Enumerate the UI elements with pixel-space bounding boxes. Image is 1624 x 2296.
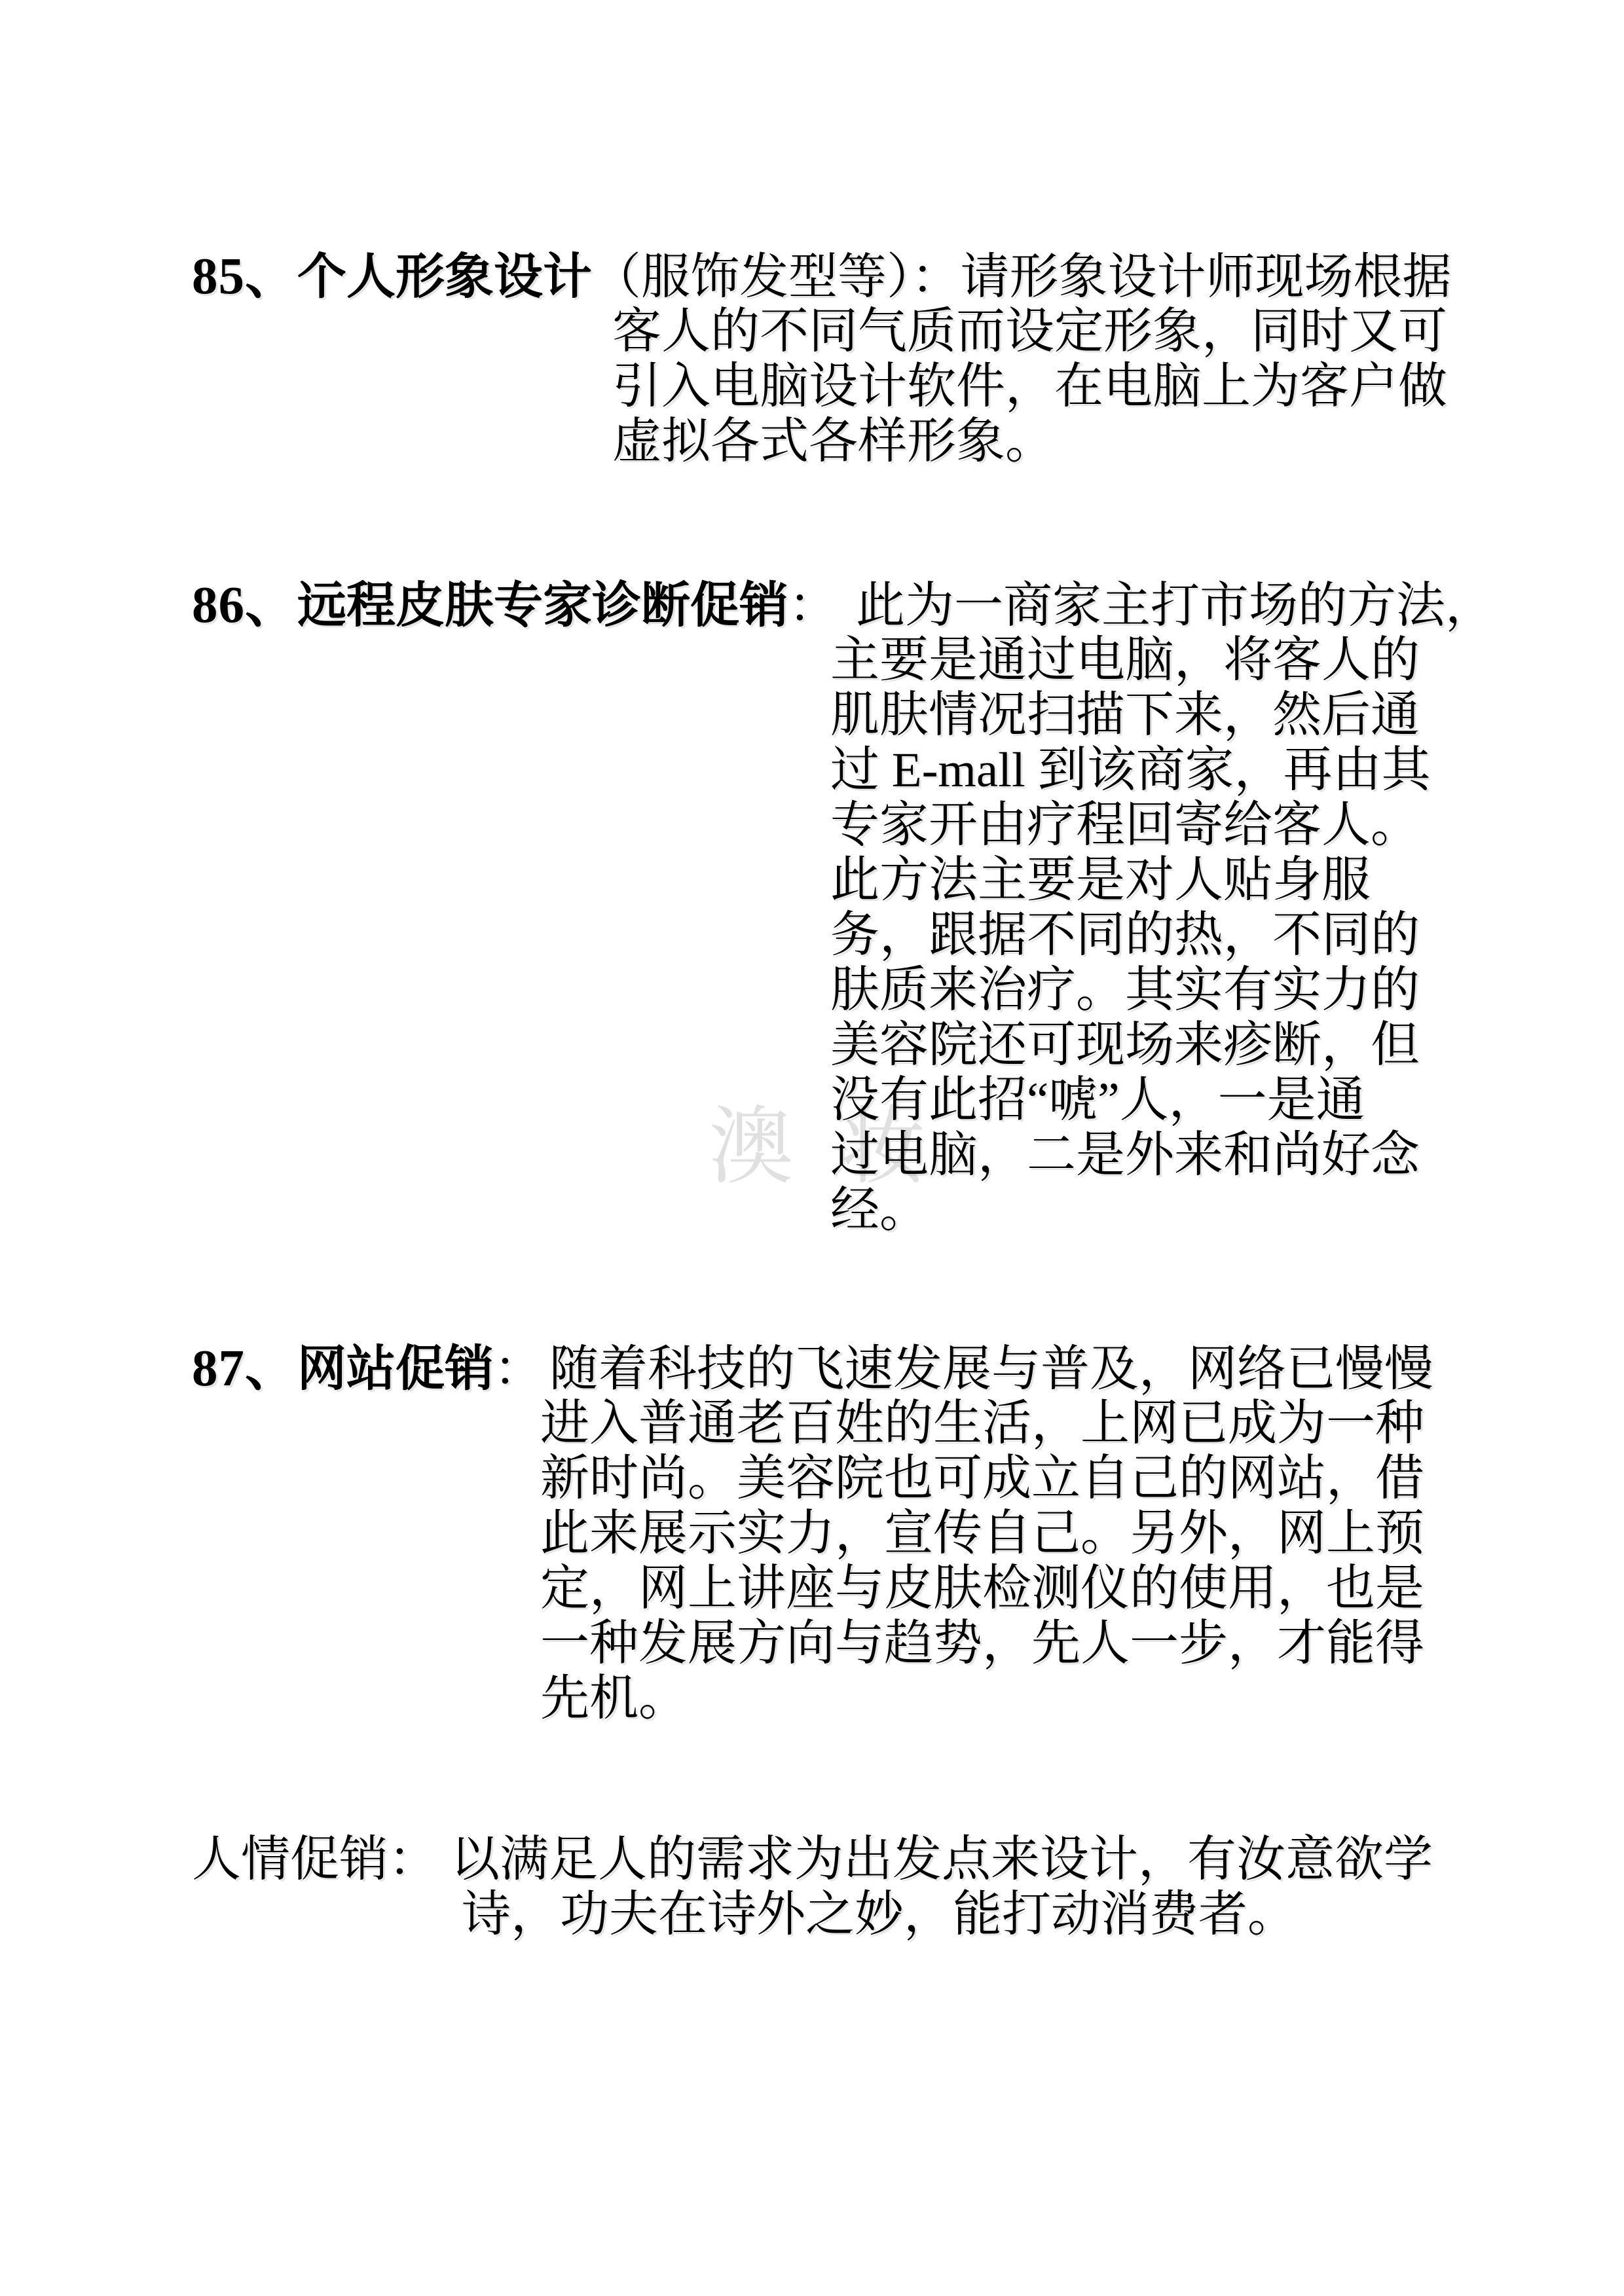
item-86-body-line: 肌肤情况扫描下来，然后通 [830, 688, 1431, 743]
item-86-colon: ： [788, 579, 838, 633]
item-86-body-line: 没有此招“唬”人，一是通 [830, 1073, 1431, 1128]
item-86-body-line: 此方法主要是对人贴身服 [830, 853, 1431, 908]
item-85-heading-line: 85、个人形象设计（服饰发型等）：请形象设计师现场根据 [192, 249, 1452, 305]
item-87-body-line: 进入普通老百姓的生活，上网已成为一种 [540, 1396, 1424, 1451]
item-85-title: 个人形象设计 [297, 250, 592, 304]
item-85-body-line: 引入电脑设计软件，在电脑上为客户做 [612, 359, 1447, 414]
item-86-body-line: 美容院还可现场来疹断，但 [830, 1018, 1431, 1073]
item-87-body-line: 先机。 [540, 1671, 1424, 1726]
item-87-body-line: 新时尚。美容院也可成立自己的网站，借 [540, 1451, 1424, 1506]
item-85-body-line: 客人的不同气质而设定形象，同时又可 [612, 304, 1447, 359]
item-86-title: 远程皮肤专家诊断促销 [297, 579, 788, 633]
item-87-body: 进入普通老百姓的生活，上网已成为一种 新时尚。美容院也可成立自己的网站，借 此来… [540, 1396, 1424, 1726]
document-page: 澳妆 85、个人形象设计（服饰发型等）：请形象设计师现场根据 客人的不同气质而设… [0, 0, 1624, 2296]
item-86-body-line: 务，跟据不同的热，不同的 [830, 908, 1431, 963]
closing-label: 人情促销： [192, 1832, 437, 1887]
item-87-title: 网站促销 [297, 1342, 494, 1396]
item-85-number: 85、 [192, 248, 297, 305]
item-85-body: 客人的不同气质而设定形象，同时又可 引入电脑设计软件，在电脑上为客户做 虚拟各式… [612, 304, 1447, 469]
item-86-lead-text: 此为一商家主打市场的方法， [856, 579, 1494, 633]
item-86-body-line: 过电脑，二是外来和尚好念 [830, 1128, 1431, 1183]
item-86-body-line: 肤质来治疗。其实有实力的 [830, 963, 1431, 1018]
item-86-body-line: 专家开由疗程回寄给客人。 [830, 798, 1431, 853]
item-86-body-line: 主要是通过电脑，将客人的 [830, 633, 1431, 688]
item-87-colon: ： [494, 1342, 543, 1396]
closing-paragraph-line-1: 人情促销：以满足人的需求为出发点来设计，有汝意欲学 [192, 1832, 1433, 1887]
item-87-body-line: 一种发展方向与趋势，先人一步，才能得 [540, 1616, 1424, 1671]
closing-lead-text: 以满足人的需求为出发点来设计，有汝意欲学 [451, 1832, 1433, 1887]
item-87-body-line: 此来展示实力，宣传自己。另外，网上预 [540, 1506, 1424, 1561]
item-86-body-line: 经。 [830, 1183, 1431, 1238]
item-87-number: 87、 [192, 1340, 297, 1397]
item-86-number: 86、 [192, 577, 297, 634]
item-87-heading-line: 87、网站促销：随着科技的飞速发展与普及，网络已慢慢 [192, 1341, 1433, 1397]
item-85-body-line: 虚拟各式各样形象。 [612, 414, 1447, 469]
item-86-body-line: 过 E-mall 到该商家，再由其 [830, 743, 1431, 798]
item-86-body: 主要是通过电脑，将客人的 肌肤情况扫描下来，然后通 过 E-mall 到该商家，… [830, 633, 1431, 1238]
closing-paragraph-line-2: 诗，功夫在诗外之妙，能打动消费者。 [462, 1887, 1297, 1942]
item-86-heading-line: 86、远程皮肤专家诊断促销：此为一商家主打市场的方法， [192, 578, 1494, 634]
item-85-subtitle: （服饰发型等）： [592, 250, 961, 304]
item-87-body-line: 定，网上讲座与皮肤检测仪的使用，也是 [540, 1561, 1424, 1616]
item-85-lead-text: 请形象设计师现场根据 [961, 250, 1452, 304]
item-87-lead-text: 随着科技的飞速发展与普及，网络已慢慢 [549, 1342, 1433, 1396]
